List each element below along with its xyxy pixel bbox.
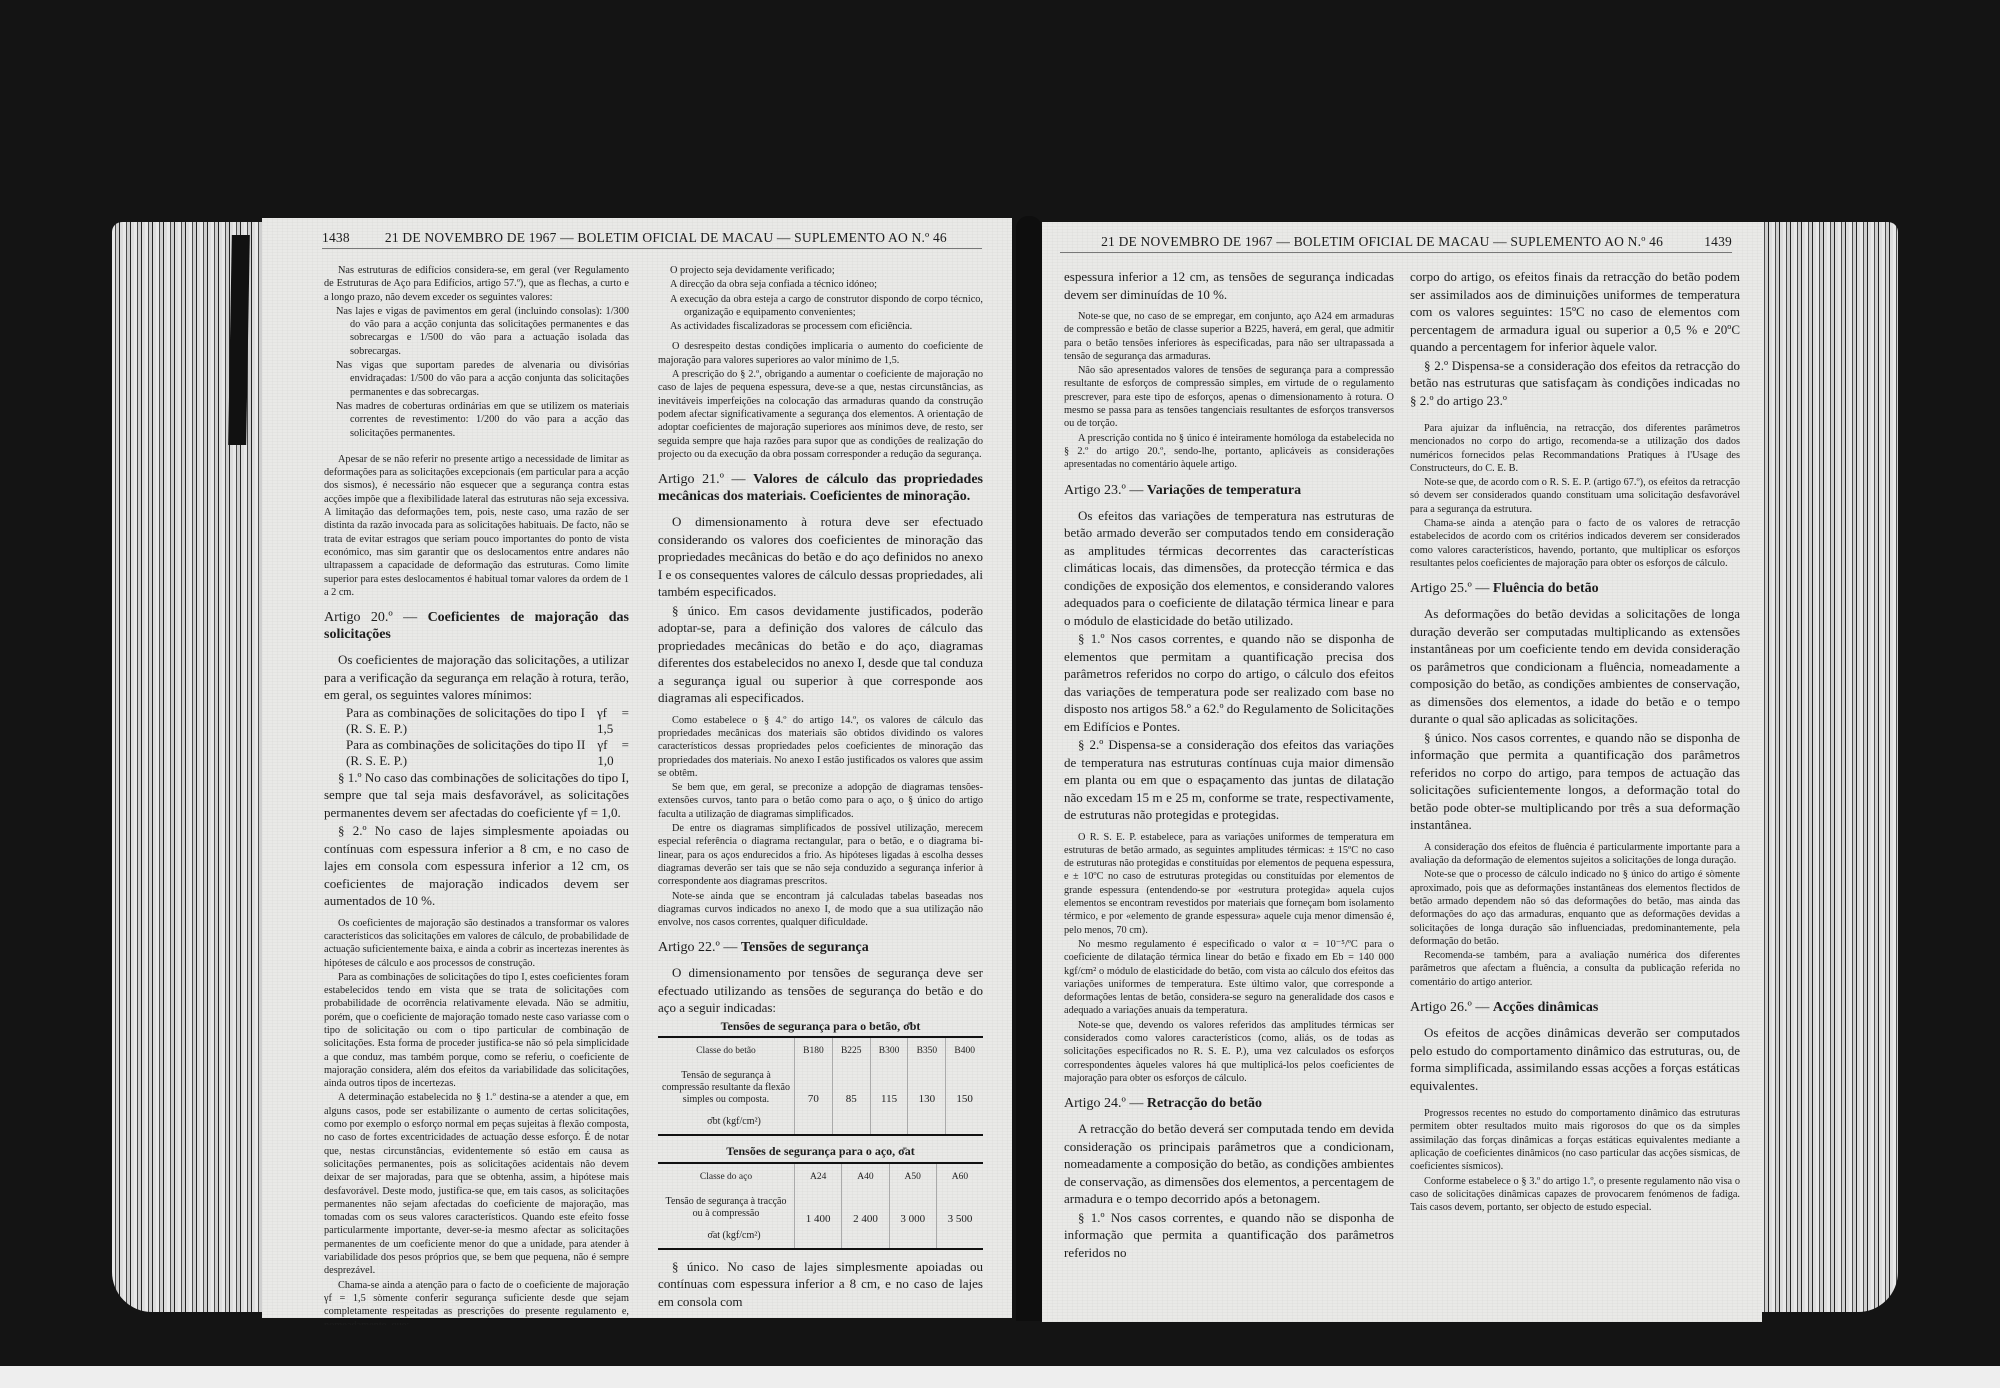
comment: Note-se que, no caso de se empregar, em …	[1064, 310, 1394, 363]
list-item: Nas vigas que suportam paredes de alvena…	[324, 359, 629, 399]
article-heading-21: Artigo 21.º — Valores de cálculo das pro…	[658, 471, 983, 505]
page-header: 21 DE NOVEMBRO DE 1967 — BOLETIM OFICIAL…	[1060, 234, 1732, 253]
comment: Note-se ainda que se encontram já calcul…	[658, 890, 983, 930]
comment: Chama-se ainda a atenção para o facto de…	[324, 1279, 629, 1332]
paragraph: espessura inferior a 12 cm, as tensões d…	[1064, 268, 1394, 303]
comment: Chama-se ainda a atenção para o facto de…	[1410, 517, 1740, 570]
right-column-2: corpo do artigo, os efeitos finais da re…	[1410, 268, 1740, 1215]
list-item: A direcção da obra seja confiada a técni…	[658, 278, 983, 291]
comment: No mesmo regulamento é especificado o va…	[1064, 938, 1394, 1018]
paragraph: § 1.º Nos casos correntes, e quando não …	[1064, 630, 1394, 735]
list-item: Nas lajes e vigas de pavimentos em geral…	[324, 305, 629, 358]
comment: A consideração dos efeitos de fluência é…	[1410, 841, 1740, 868]
article-heading-24: Artigo 24.º — Retracção do betão	[1064, 1095, 1394, 1112]
article-heading-26: Artigo 26.º — Acções dinâmicas	[1410, 999, 1740, 1016]
table-cell: 150	[946, 1064, 983, 1135]
table-cell: 70	[795, 1064, 833, 1135]
article-body: Os efeitos de acções dinâmicas deverão s…	[1410, 1024, 1740, 1094]
scanner-bed-shadow	[0, 1325, 2000, 1365]
comment: O R. S. E. P. estabelece, para as variaç…	[1064, 831, 1394, 937]
paragraph: § único. Em casos devidamente justificad…	[658, 602, 983, 707]
table-column-header: A40	[842, 1163, 889, 1190]
comment: A prescrição do § 2.º, obrigando a aumen…	[658, 368, 983, 461]
table-cell: 2 400	[842, 1190, 889, 1249]
article-body: As deformações do betão devidas a solici…	[1410, 605, 1740, 728]
page-number: 1439	[1704, 234, 1732, 250]
comment: Conforme estabelece o § 3.º do artigo 1.…	[1410, 1175, 1740, 1215]
comment: Apesar de se não referir no presente art…	[324, 453, 629, 599]
steel-stress-table: Tensões de segurança para o aço, σ̄at Cl…	[658, 1144, 983, 1249]
article-body: Os efeitos das variações de temperatura …	[1064, 507, 1394, 630]
comment: Note-se que o processo de cálculo indica…	[1410, 868, 1740, 948]
book-spine	[1016, 216, 1042, 1321]
formula-row: Para as combinações de solicitações do t…	[324, 705, 629, 737]
table-column-header: A24	[795, 1163, 842, 1190]
paragraph: corpo do artigo, os efeitos finais da re…	[1410, 268, 1740, 356]
page-header: 1438 21 DE NOVEMBRO DE 1967 — BOLETIM OF…	[322, 230, 982, 249]
paragraph: § 2.º Dispensa-se a consideração dos efe…	[1410, 357, 1740, 410]
article-body: A retracção do betão deverá ser computad…	[1064, 1120, 1394, 1208]
table-column-header: B350	[908, 1037, 946, 1064]
left-column-2: O projecto seja devidamente verificado; …	[658, 264, 983, 1311]
article-heading-23: Artigo 23.º — Variações de temperatura	[1064, 482, 1394, 499]
article-body: O dimensionamento por tensões de seguran…	[658, 964, 983, 1017]
comment: Não são apresentados valores de tensões …	[1064, 364, 1394, 430]
table-column-header: B300	[870, 1037, 908, 1064]
left-column-1: Nas estruturas de edifícios considera-se…	[324, 264, 629, 1360]
comment: Para as combinações de solicitações do t…	[324, 971, 629, 1091]
article-body: O dimensionamento à rotura deve ser efec…	[658, 513, 983, 601]
comment: Progressos recentes no estudo do comport…	[1410, 1107, 1740, 1173]
paragraph: § 1.º Nos casos correntes, e quando não …	[1064, 1209, 1394, 1262]
left-page: 1438 21 DE NOVEMBRO DE 1967 — BOLETIM OF…	[262, 218, 1012, 1318]
table-column-header: B400	[946, 1037, 983, 1064]
paragraph: § único. No caso de lajes simplesmente a…	[658, 1258, 983, 1311]
comment: Os coeficientes de majoração são destina…	[324, 917, 629, 970]
formula-row: Para as combinações de solicitações do t…	[324, 737, 629, 769]
list-item: Nas madres de coberturas ordinárias em q…	[324, 400, 629, 440]
list-item: As actividades fiscalizadoras se process…	[658, 320, 983, 333]
comment: Note-se que, devendo os valores referido…	[1064, 1019, 1394, 1085]
article-heading-22: Artigo 22.º — Tensões de segurança	[658, 939, 983, 956]
paragraph: § 2.º Dispensa-se a consideração dos efe…	[1064, 736, 1394, 824]
comment: Note-se que, de acordo com o R. S. E. P.…	[1410, 476, 1740, 516]
comment: Se bem que, em geral, se preconize a ado…	[658, 781, 983, 821]
binding-shadow	[228, 235, 250, 445]
article-heading-25: Artigo 25.º — Fluência do betão	[1410, 580, 1740, 597]
comment: A determinação estabelecida no § 1.º des…	[324, 1091, 629, 1277]
comment: Como estabelece o § 4.º do artigo 14.º, …	[658, 714, 983, 780]
comment: A prescrição contida no § único é inteir…	[1064, 432, 1394, 472]
table-cell: 115	[870, 1064, 908, 1135]
next-frame-strip	[0, 1366, 2000, 1388]
comment: Nas estruturas de edifícios considera-se…	[324, 264, 629, 304]
running-header: 21 DE NOVEMBRO DE 1967 — BOLETIM OFICIAL…	[350, 230, 982, 246]
page-number: 1438	[322, 230, 350, 246]
table-column-header: A50	[889, 1163, 936, 1190]
paragraph: § 2.º No caso de lajes simplesmente apoi…	[324, 822, 629, 910]
running-header: 21 DE NOVEMBRO DE 1967 — BOLETIM OFICIAL…	[1060, 234, 1704, 250]
comment: De entre os diagramas simplificados de p…	[658, 822, 983, 888]
concrete-stress-table: Tensões de segurança para o betão, σ̄bt …	[658, 1019, 983, 1136]
article-heading-20: Artigo 20.º — Coeficientes de majoração …	[324, 609, 629, 643]
table-column-header: B180	[795, 1037, 833, 1064]
table-cell: 1 400	[795, 1190, 842, 1249]
comment: O desrespeito destas condições implicari…	[658, 340, 983, 367]
table-column-header: B225	[832, 1037, 870, 1064]
table-column-header: A60	[936, 1163, 983, 1190]
list-item: O projecto seja devidamente verificado;	[658, 264, 983, 277]
right-column-1: espessura inferior a 12 cm, as tensões d…	[1064, 268, 1394, 1262]
paragraph: § único. Nos casos correntes, e quando n…	[1410, 729, 1740, 834]
table-cell: 3 000	[889, 1190, 936, 1249]
right-page: 21 DE NOVEMBRO DE 1967 — BOLETIM OFICIAL…	[1042, 222, 1762, 1322]
comment: Recomenda-se também, para a avaliação nu…	[1410, 949, 1740, 989]
table-cell: 3 500	[936, 1190, 983, 1249]
table-cell: 85	[832, 1064, 870, 1135]
list-item: A execução da obra esteja a cargo de con…	[658, 293, 983, 320]
paragraph: § 1.º No caso das combinações de solicit…	[324, 769, 629, 822]
article-body: Os coeficientes de majoração das solicit…	[324, 651, 629, 704]
comment: Para ajuizar da influência, na retracção…	[1410, 422, 1740, 475]
table-cell: 130	[908, 1064, 946, 1135]
